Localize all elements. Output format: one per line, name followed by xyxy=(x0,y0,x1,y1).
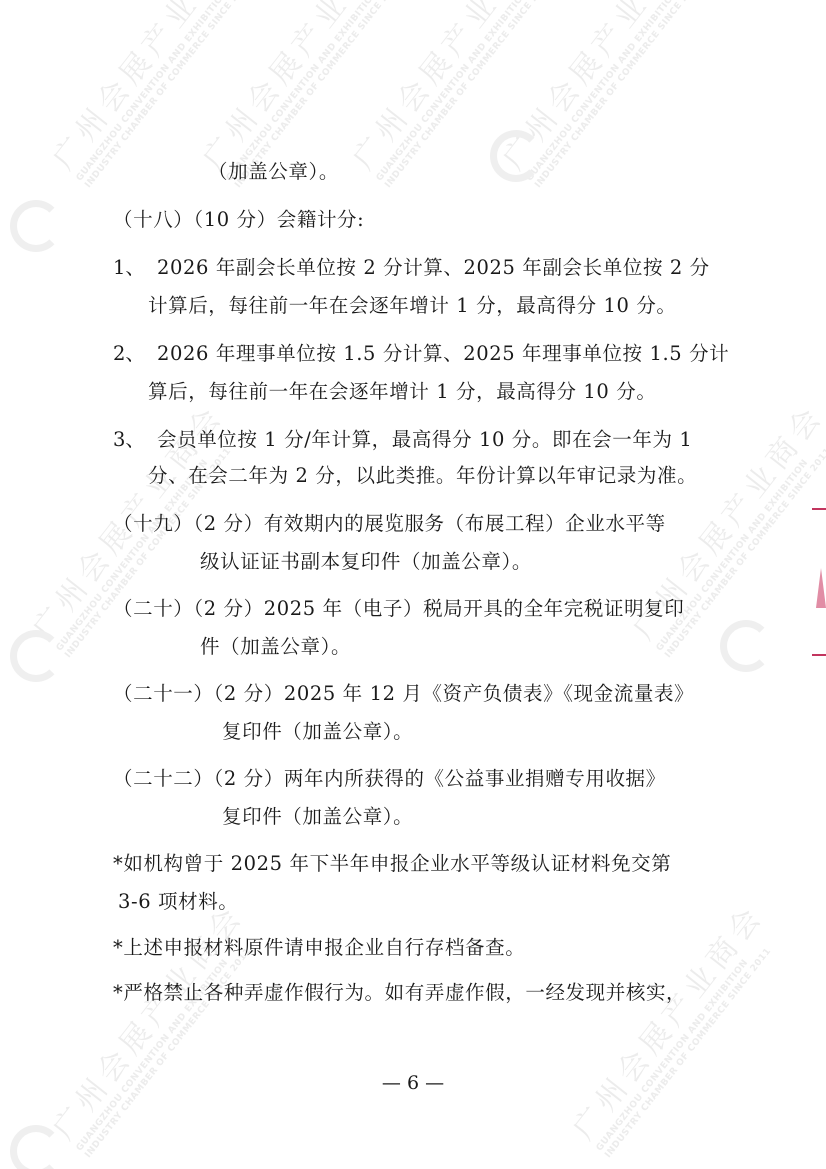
list-item-line: 2026 年副会长单位按 2 分计算、2025 年副会长单位按 2 分 xyxy=(157,252,710,280)
document-page: （加盖公章）。 （十八）（10 分）会籍计分: 1、 2026 年副会长单位按 … xyxy=(0,0,826,1169)
list-item-line: 会员单位按 1 分/年计算，最高得分 10 分。即在会一年为 1 xyxy=(157,424,692,452)
list-item-number: 1、 xyxy=(113,252,145,280)
note-line: *严格禁止各种弄虚作假行为。如有弄虚作假，一经发现并核实， xyxy=(113,977,686,1005)
section-20-line: （二十）（2 分）2025 年（电子）税局开具的全年完税证明复印 xyxy=(113,593,684,621)
list-item-line: 2026 年理事单位按 1.5 分计算、2025 年理事单位按 1.5 分计 xyxy=(157,338,729,366)
section-21-line: 复印件（加盖公章）。 xyxy=(222,716,413,744)
section-22-line: （二十二）（2 分）两年内所获得的《公益事业捐赠专用收据》 xyxy=(113,763,666,791)
section-20-line: 件（加盖公章）。 xyxy=(200,631,351,659)
section-22-line: 复印件（加盖公章）。 xyxy=(222,801,413,829)
list-item-line: 算后，每往前一年在会逐年增计 1 分，最高得分 10 分。 xyxy=(148,376,656,404)
section-18-heading: （十八）（10 分）会籍计分: xyxy=(113,204,364,232)
note-line: *上述申报材料原件请申报企业自行存档备查。 xyxy=(113,932,525,960)
continuation-line: （加盖公章）。 xyxy=(208,156,339,184)
list-item-line: 计算后，每往前一年在会逐年增计 1 分，最高得分 10 分。 xyxy=(148,290,677,318)
note-line: 3-6 项材料。 xyxy=(118,886,238,914)
note-line: *如机构曾于 2025 年下半年申报企业水平等级认证材料免交第 xyxy=(113,848,671,876)
list-item-number: 3、 xyxy=(113,424,145,452)
section-19-line: 级认证证书副本复印件（加盖公章）。 xyxy=(200,546,532,574)
list-item-line: 分、在会二年为 2 分，以此类推。年份计算以年审记录为准。 xyxy=(148,460,697,488)
list-item-number: 2、 xyxy=(113,338,145,366)
section-21-line: （二十一）（2 分）2025 年 12 月《资产负债表》《现金流量表》 xyxy=(113,678,694,706)
section-19-line: （十九）（2 分）有效期内的展览服务（布展工程）企业水平等 xyxy=(113,508,666,536)
page-number: — 6 — xyxy=(0,1072,826,1094)
